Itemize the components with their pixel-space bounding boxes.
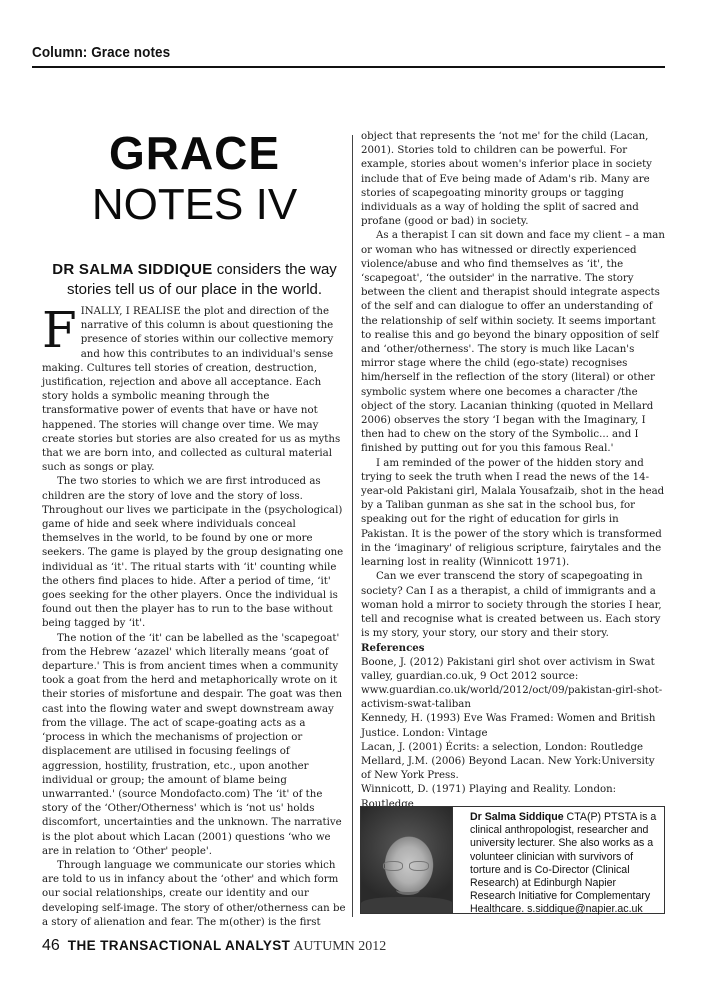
author-bio-text: Dr Salma Siddique CTA(P) PTSTA is a clin… <box>453 807 664 913</box>
reference-item: Lacan, J. (2001) Écrits: a selection, Lo… <box>361 741 667 755</box>
author-bio-box: Dr Salma Siddique CTA(P) PTSTA is a clin… <box>360 806 665 914</box>
author-portrait-icon <box>361 807 453 913</box>
article-paragraph-6: I am reminded of the power of the hidden… <box>361 457 667 571</box>
author-bio-body: CTA(P) PTSTA is a clinical anthropologis… <box>470 811 656 915</box>
headline-line-2: NOTES IV <box>42 180 347 230</box>
shoulders-shape <box>361 897 453 913</box>
reference-item: Boone, J. (2012) Pakistani girl shot ove… <box>361 656 667 713</box>
title-block: GRACE NOTES IV DR SALMA SIDDIQUE conside… <box>42 128 347 300</box>
article-paragraph-7: Can we ever transcend the story of scape… <box>361 570 667 641</box>
standfirst: DR SALMA SIDDIQUE considers the way stor… <box>42 260 347 300</box>
references-heading: References <box>361 641 667 655</box>
dropcap: F <box>42 308 77 350</box>
headline-line-1: GRACE <box>42 128 347 178</box>
right-column: object that represents the ‘not me' for … <box>361 130 667 812</box>
article-paragraph-4-cont: object that represents the ‘not me' for … <box>361 130 667 229</box>
reference-item: Kennedy, H. (1993) Eve Was Framed: Women… <box>361 712 667 740</box>
lead-in: INALLY, I REALISE <box>81 306 181 317</box>
reference-item: Mellard, J.M. (2006) Beyond Lacan. New Y… <box>361 755 667 783</box>
column-divider <box>352 135 353 917</box>
author-name: Dr Salma Siddique <box>470 811 564 823</box>
left-column: FINALLY, I REALISE the plot and directio… <box>42 305 347 930</box>
article-paragraph-4: Through language we communicate our stor… <box>42 859 347 930</box>
glasses-icon <box>383 861 433 871</box>
magazine-title: THE TRANSACTIONAL ANALYST <box>68 938 291 953</box>
standfirst-author: DR SALMA SIDDIQUE <box>52 261 212 278</box>
article-paragraph-5: As a therapist I can sit down and face m… <box>361 229 667 456</box>
smile-icon <box>396 885 420 895</box>
running-head: Column: Grace notes <box>32 44 170 61</box>
header-rule <box>32 66 665 68</box>
issue-date: AUTUMN 2012 <box>293 939 386 954</box>
page-footer: 46THE TRANSACTIONAL ANALYSTAUTUMN 2012 <box>42 937 386 955</box>
article-paragraph-2: The two stories to which we are first in… <box>42 475 347 631</box>
article-paragraph-3: The notion of the ‘it' can be labelled a… <box>42 632 347 859</box>
article-paragraph-1: FINALLY, I REALISE the plot and directio… <box>42 305 347 475</box>
page-number: 46 <box>42 937 60 954</box>
